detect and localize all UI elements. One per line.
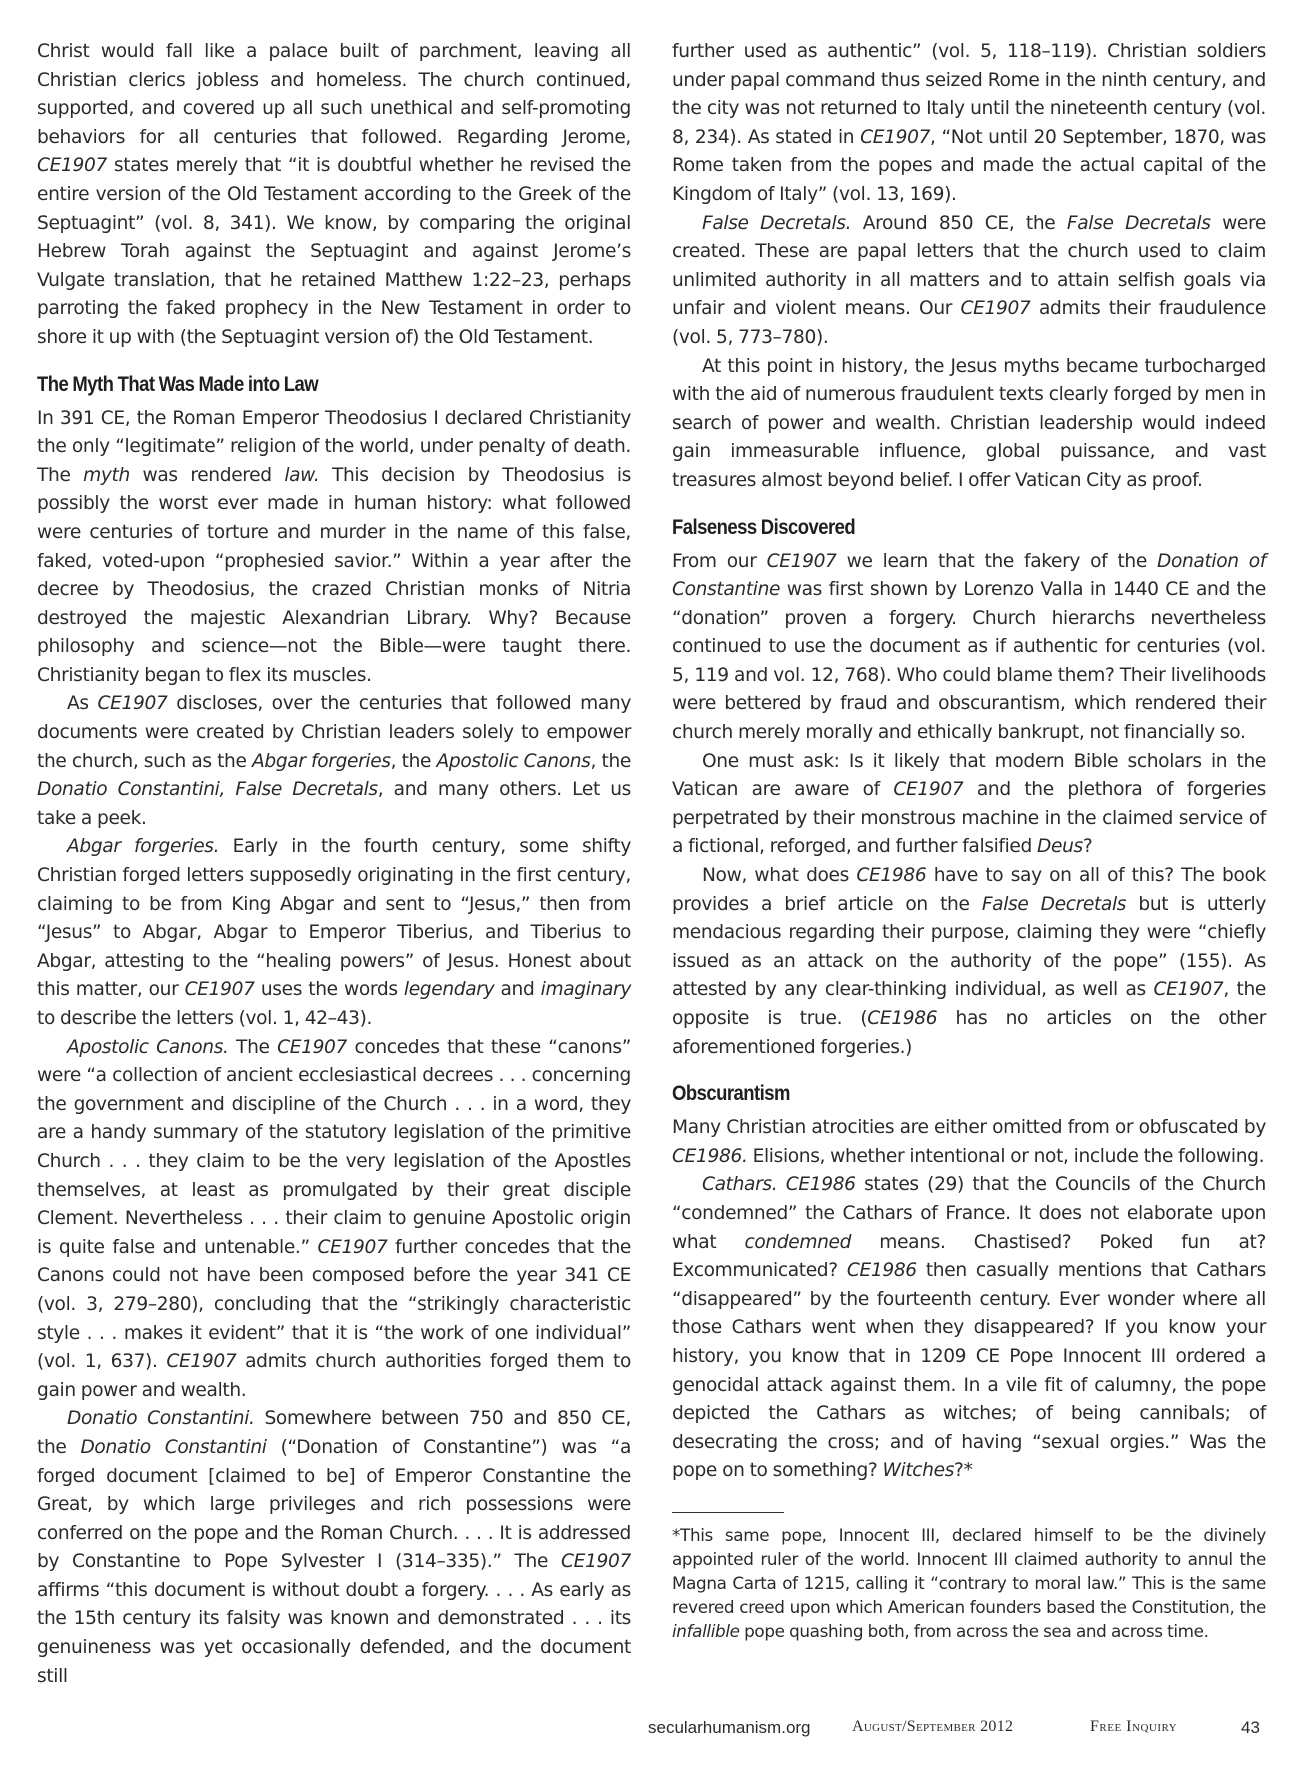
emphasis: Abgar forgeries. [67,836,219,857]
emphasis: CE1907 [37,155,107,176]
emphasis: myth [83,465,130,486]
emphasis: Donatio Constantini. [67,1408,255,1429]
text: was first shown by Lorenzo Valla in 1440… [672,579,1266,743]
emphasis: Cathars. CE1986 [702,1174,856,1195]
emphasis: False Decretals. [702,213,851,234]
text: , the [591,751,631,772]
text: This decision by Theodosius is possibly … [37,465,631,686]
emphasis: CE1907 [277,1037,347,1058]
emphasis: Apostolic Canons [437,751,591,772]
text: The [229,1037,277,1058]
text: Around 850 CE, the [851,213,1067,234]
left-column: Christ would fall like a palace built of… [37,38,631,1691]
emphasis: CE1907 [893,779,963,800]
text: then casually mentions that Cathars “dis… [672,1260,1266,1481]
emphasis: Donatio Constantini [80,1437,266,1458]
paragraph: Cathars. CE1986 states (29) that the Cou… [672,1171,1266,1486]
section-heading: The Myth That Was Made into Law [37,371,560,399]
emphasis: CE1986. [672,1146,748,1167]
page-number: 43 [1241,1718,1260,1738]
footnote-divider [672,1512,784,1513]
page-footer: secularhumanism.org August/September 201… [0,1718,1300,1744]
emphasis: Deus [1037,836,1083,857]
footnote: *This same pope, Innocent III, declared … [672,1523,1266,1643]
text: From our [672,551,767,572]
text: ?* [954,1460,972,1481]
text: affirms “this document is without doubt … [37,1580,631,1687]
text: was rendered [130,465,284,486]
emphasis: CE1907 [1153,979,1223,1000]
emphasis: CE1907 [860,127,930,148]
text: , the [391,751,437,772]
emphasis: CE1907 [185,979,255,1000]
paragraph: In 391 CE, the Roman Emperor Theodosius … [37,405,631,691]
emphasis: False Decretals [1067,213,1211,234]
emphasis: CE1907 [961,298,1031,319]
issue-date: August/September 2012 [852,1718,1013,1736]
emphasis: Witches [883,1460,955,1481]
paragraph: At this point in history, the Jesus myth… [672,353,1266,496]
text: we learn that the fakery of the [837,551,1157,572]
emphasis: CE1907 [561,1551,631,1572]
paragraph: From our CE1907 we learn that the fakery… [672,548,1266,748]
paragraph: Many Christian atrocities are either omi… [672,1114,1266,1171]
magazine-title: Free Inquiry [1090,1718,1177,1736]
paragraph: False Decretals. Around 850 CE, the Fals… [672,210,1266,353]
website-url: secularhumanism.org [648,1718,811,1738]
paragraph: Apostolic Canons. The CE1907 concedes th… [37,1034,631,1406]
text: Many Christian atrocities are either omi… [672,1117,1266,1138]
emphasis: False Decretals [982,894,1126,915]
emphasis: CE1986 [847,1260,917,1281]
emphasis: imaginary [541,979,631,1000]
text: Early in the fourth century, some shifty… [37,836,631,1000]
text: pope quashing both, from across the sea … [740,1621,1209,1641]
emphasis: infallible [672,1621,740,1641]
text: ? [1083,836,1093,857]
paragraph: Now, what does CE1986 have to say on all… [672,862,1266,1062]
text: states merely that “it is doubtful wheth… [37,155,631,348]
text: concedes that these “canons” were “a col… [37,1037,631,1258]
paragraph: One must ask: Is it likely that modern B… [672,748,1266,862]
emphasis: law. [284,465,319,486]
emphasis: CE1907 [767,551,837,572]
emphasis: Apostolic Canons. [67,1037,229,1058]
emphasis: CE1907 [98,693,168,714]
text: Christ would fall like a palace built of… [37,41,631,148]
paragraph: As CE1907 discloses, over the centuries … [37,690,631,833]
emphasis: legendary [404,979,494,1000]
emphasis: CE1907 [317,1237,387,1258]
emphasis: CE1986 [867,1008,937,1029]
text: to describe the letters (vol. 1, 42–43). [37,1008,372,1029]
text: uses the words [255,979,404,1000]
right-column: further used as authentic” (vol. 5, 118–… [672,38,1266,1643]
emphasis: CE1907 [166,1351,236,1372]
emphasis: condemned [744,1232,851,1253]
text: As [67,693,98,714]
emphasis: Donatio Constantini, False Decretals [37,779,378,800]
text: At this point in history, the Jesus myth… [672,356,1266,491]
paragraph: Donatio Constantini. Somewhere between 7… [37,1405,631,1691]
paragraph: further used as authentic” (vol. 5, 118–… [672,38,1266,210]
emphasis: CE1986 [856,865,926,886]
text: *This same pope, Innocent III, declared … [672,1525,1266,1617]
section-heading: Obscurantism [672,1080,1195,1108]
text: and [494,979,540,1000]
paragraph: Abgar forgeries. Early in the fourth cen… [37,833,631,1033]
paragraph: Christ would fall like a palace built of… [37,38,631,353]
text: Elisions, whether intentional or not, in… [748,1146,1265,1167]
section-heading: Falseness Discovered [672,514,1195,542]
text: Now, what does [702,865,856,886]
emphasis: Abgar forgeries [252,751,391,772]
